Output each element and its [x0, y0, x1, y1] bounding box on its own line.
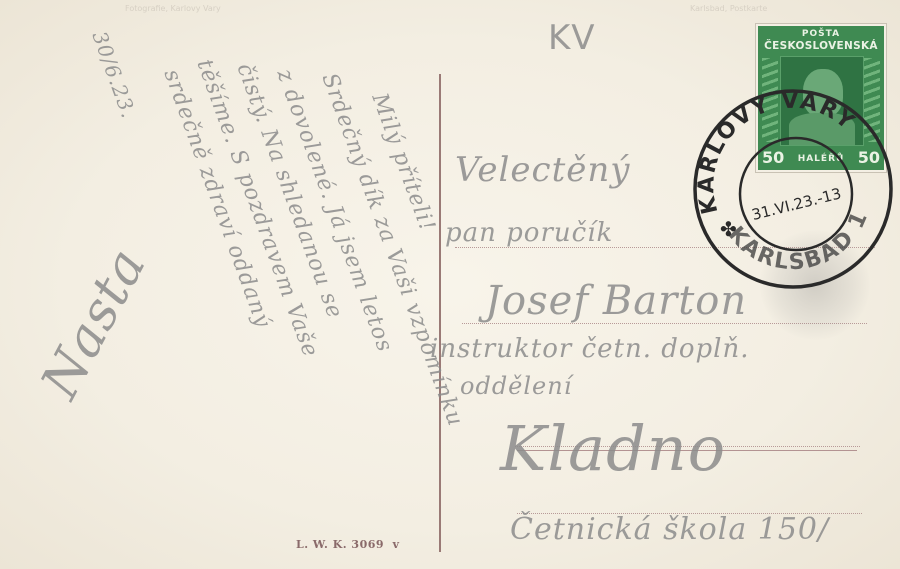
- address-title: pan poručík: [445, 218, 613, 248]
- faint-publisher-print-right: Karlsbad, Postkarte: [690, 4, 767, 13]
- address-salutation: Velectěný: [455, 150, 630, 190]
- postcard-back: Fotografie, Karlovy Vary Karlsbad, Postk…: [0, 0, 900, 569]
- printer-mark: L. W. K. 3069 v: [296, 538, 400, 551]
- postmark-cancellation: KARLOVY VARY 1 KARLSBAD 1 31.VI.23.-13 ✤: [688, 84, 898, 294]
- faint-publisher-print: Fotografie, Karlovy Vary: [125, 4, 221, 13]
- address-role: instruktor četn. doplň.: [430, 334, 750, 364]
- signature: Nasta: [30, 239, 158, 409]
- postmark-date: 31.VI.23.-13: [750, 184, 843, 224]
- postmark-flower-icon: ✤: [720, 217, 737, 241]
- stamp-posta-text: POŠTA: [758, 29, 884, 39]
- address-role-2: oddělení: [460, 372, 572, 400]
- address-city: Kladno: [500, 412, 726, 485]
- stamp-country-text: ČESKOSLOVENSKÁ: [758, 40, 884, 52]
- pencil-annotation-kv: KV: [548, 18, 596, 58]
- center-divider-line: [439, 74, 441, 552]
- address-street: Četnická škola 150/: [510, 512, 829, 547]
- message-date: 30/6.23.: [87, 28, 141, 122]
